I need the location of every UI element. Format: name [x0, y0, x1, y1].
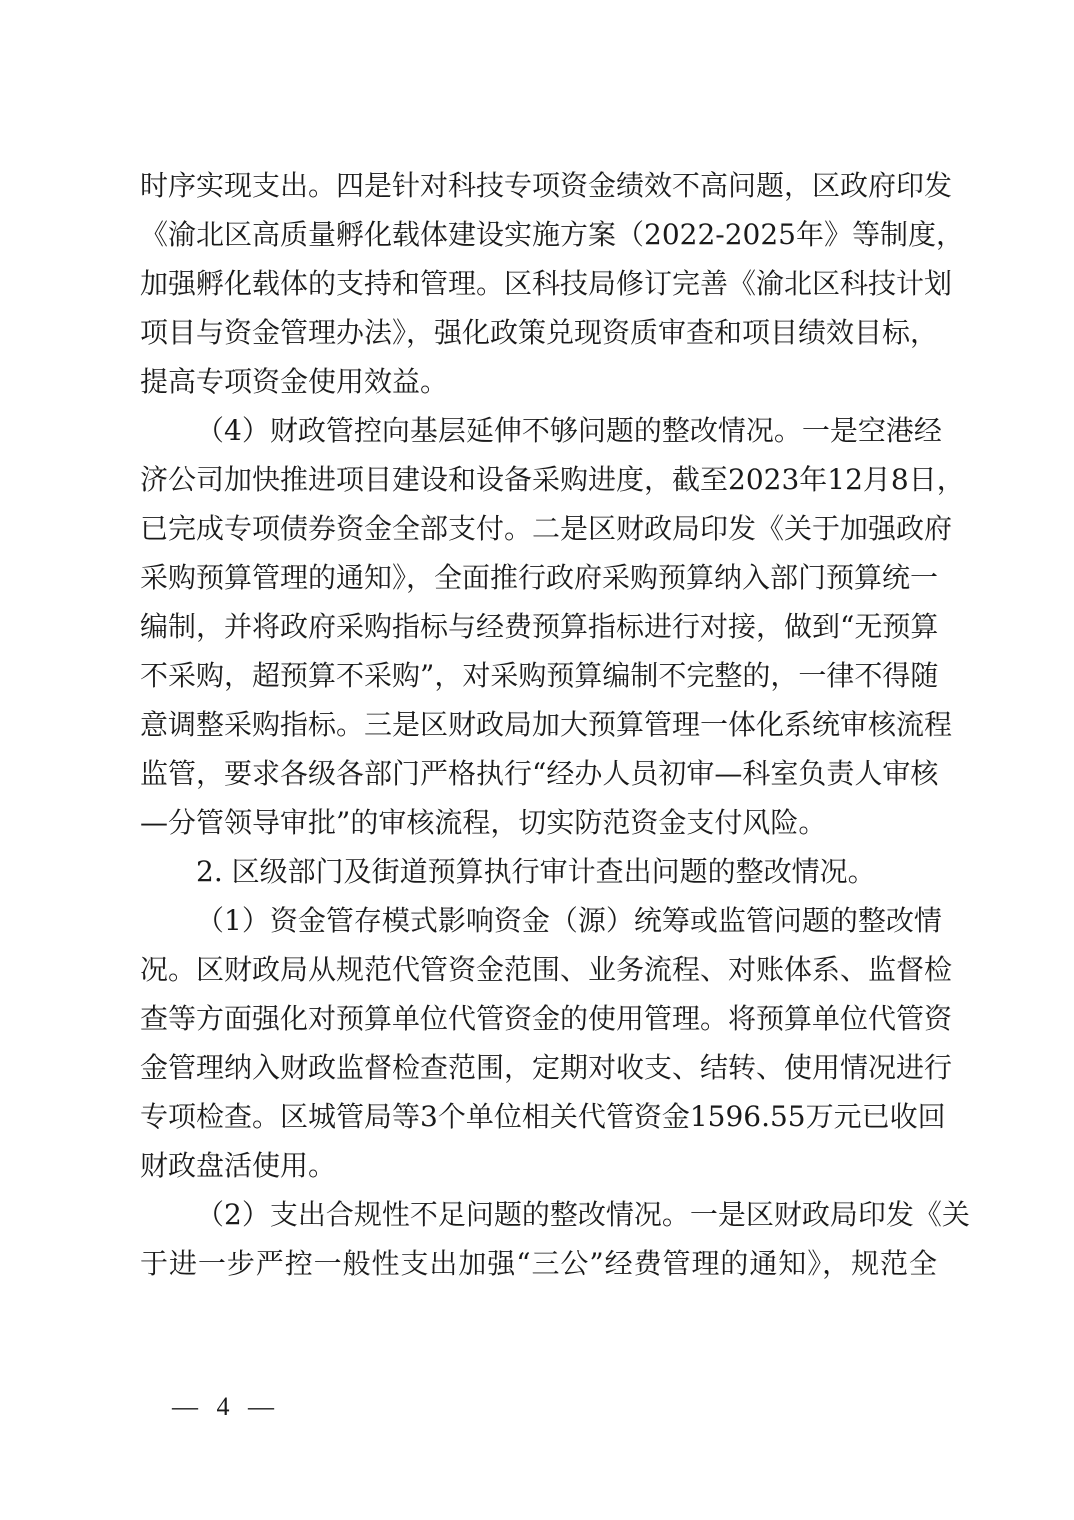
- text-line: 专项检查。区城管局等3个单位相关代管资金1596.55万元已收回: [140, 1092, 937, 1141]
- text-line: 于进一步严控一般性支出加强“三公”经费管理的通知》，规范全: [140, 1239, 937, 1288]
- text-line: 济公司加快推进项目建设和设备采购进度，截至2023年12月8日，: [140, 455, 937, 504]
- section-heading-4: （4）财政管控向基层延伸不够问题的整改情况。一是空港经: [140, 406, 937, 455]
- body-text: 时序实现支出。四是针对科技专项资金绩效不高问题，区政府印发 《渝北区高质量孵化载…: [140, 161, 937, 1288]
- text-line: 查等方面强化对预算单位代管资金的使用管理。将预算单位代管资: [140, 994, 937, 1043]
- text-line: 时序实现支出。四是针对科技专项资金绩效不高问题，区政府印发: [140, 161, 937, 210]
- text-line: 况。区财政局从规范代管资金范围、业务流程、对账体系、监督检: [140, 945, 937, 994]
- text-line: 金管理纳入财政监督检查范围，定期对收支、结转、使用情况进行: [140, 1043, 937, 1092]
- document-page: 时序实现支出。四是针对科技专项资金绩效不高问题，区政府印发 《渝北区高质量孵化载…: [0, 0, 1074, 1520]
- text-line: 财政盘活使用。: [140, 1141, 937, 1190]
- text-line: 编制，并将政府采购指标与经费预算指标进行对接，做到“无预算: [140, 602, 937, 651]
- text-line: 已完成专项债券资金全部支付。二是区财政局印发《关于加强政府: [140, 504, 937, 553]
- text-line: 不采购，超预算不采购”，对采购预算编制不完整的，一律不得随: [140, 651, 937, 700]
- text-line: 项目与资金管理办法》，强化政策兑现资质审查和项目绩效目标，: [140, 308, 937, 357]
- subsection-heading-1: （1）资金管存模式影响资金（源）统筹或监管问题的整改情: [140, 896, 937, 945]
- text-line: 提高专项资金使用效益。: [140, 357, 937, 406]
- text-line: 《渝北区高质量孵化载体建设实施方案（2022-2025年》等制度，: [140, 210, 937, 259]
- text-line: 意调整采购指标。三是区财政局加大预算管理一体化系统审核流程: [140, 700, 937, 749]
- section-heading-2: 2. 区级部门及街道预算执行审计查出问题的整改情况。: [140, 847, 937, 896]
- subsection-heading-2: （2）支出合规性不足问题的整改情况。一是区财政局印发《关: [140, 1190, 937, 1239]
- text-line: —分管领导审批”的审核流程，切实防范资金支付风险。: [140, 798, 937, 847]
- page-number: — 4 —: [172, 1392, 280, 1422]
- text-line: 加强孵化载体的支持和管理。区科技局修订完善《渝北区科技计划: [140, 259, 937, 308]
- text-line: 采购预算管理的通知》，全面推行政府采购预算纳入部门预算统一: [140, 553, 937, 602]
- text-line: 监管，要求各级各部门严格执行“经办人员初审—科室负责人审核: [140, 749, 937, 798]
